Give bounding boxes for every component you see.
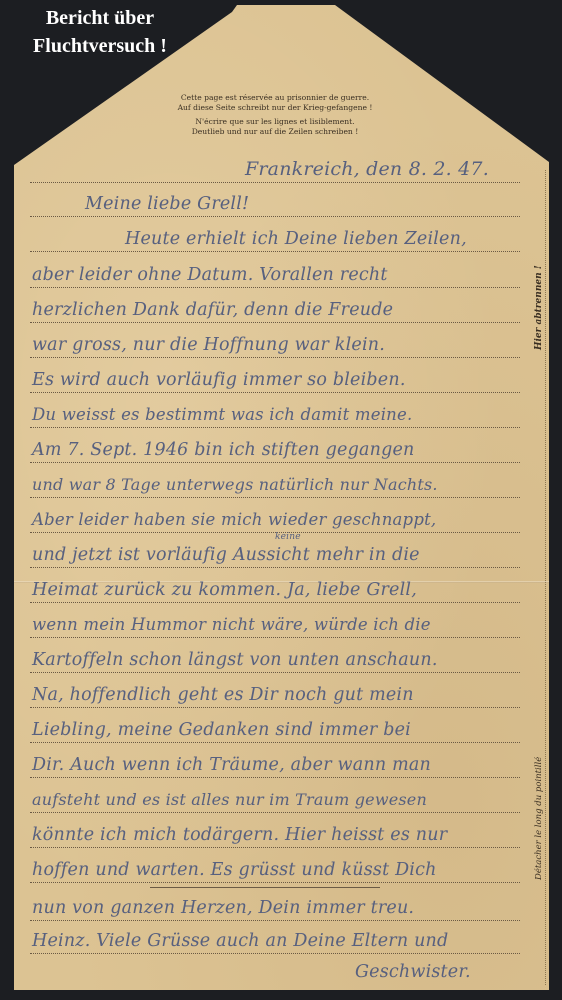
notice-de-2: Deutlieb und nur auf die Zeilen schreibe…: [140, 127, 410, 137]
letter-line: und war 8 Tage unterwegs natürlich nur N…: [32, 475, 438, 494]
ruled-line: [30, 392, 520, 393]
overlay-title: Bericht über Fluchtversuch !: [0, 4, 200, 60]
ruled-line: [30, 637, 520, 638]
ruled-line: [30, 707, 520, 708]
letter-line: Heute erhielt ich Deine lieben Zeilen,: [125, 229, 467, 249]
notice-de-1: Auf diese Seite schreibt nur der Krieg-g…: [140, 103, 410, 113]
insertion-note: keine: [275, 532, 301, 542]
closing-line: Geschwister.: [355, 962, 471, 982]
overlay-title-line1: Bericht über: [0, 4, 200, 32]
letter-line: Na, hoffendlich geht es Dir noch gut mei…: [32, 685, 414, 705]
letter-line: Am 7. Sept. 1946 bin ich stiften gegange…: [32, 440, 415, 460]
letter-line: Aber leider haben sie mich wieder geschn…: [32, 510, 436, 529]
letter-sheet: [0, 0, 562, 1000]
ruled-line: [30, 357, 520, 358]
letter-line: Heimat zurück zu kommen. Ja, liebe Grell…: [32, 580, 417, 600]
perforation-line: [545, 170, 546, 985]
ruled-line: [30, 672, 520, 673]
ruled-line: [30, 847, 520, 848]
letter-line: war gross, nur die Hoffnung war klein.: [32, 335, 385, 355]
letter-line: herzlichen Dank dafür, denn die Freude: [32, 300, 393, 320]
letter-line: Es wird auch vorläufig immer so bleiben.: [32, 370, 406, 390]
letter-line: Du weisst es bestimmt was ich damit mein…: [32, 405, 412, 424]
ruled-line: [30, 462, 520, 463]
ruled-line: [30, 812, 520, 813]
detach-label-lower: Détacher le long du pointillé: [534, 757, 544, 880]
letter-line: Dir. Auch wenn ich Träume, aber wann man: [32, 755, 431, 775]
letter-line: Kartoffeln schon längst von unten anscha…: [32, 650, 438, 670]
letter-line: nun von ganzen Herzen, Dein immer treu.: [32, 898, 414, 918]
notice-fr-1: Cette page est réservée au prisonnier de…: [140, 93, 410, 103]
salutation: Meine liebe Grell!: [85, 194, 249, 214]
detach-label-upper: Hier abtrennen !: [534, 265, 544, 350]
ruled-line: [30, 953, 520, 954]
letter-line: hoffen und warten. Es grüsst und küsst D…: [32, 860, 437, 880]
letter-line: aber leider ohne Datum. Vorallen recht: [32, 265, 388, 285]
letter-line: Liebling, meine Gedanken sind immer bei: [32, 720, 411, 740]
ruled-line: [30, 567, 520, 568]
ruled-line-short: [150, 887, 380, 888]
letter-line: könnte ich mich todärgern. Hier heisst e…: [32, 825, 447, 845]
ruled-line: [30, 216, 520, 217]
ruled-line: [30, 251, 520, 252]
ruled-line: [30, 322, 520, 323]
place-date: Frankreich, den 8. 2. 47.: [245, 158, 489, 180]
letter-line: und jetzt ist vorläufig Aussicht mehr in…: [32, 545, 420, 565]
letter-line: aufsteht und es ist alles nur im Traum g…: [32, 790, 427, 809]
ruled-line: [30, 497, 520, 498]
notice-fr-2: N'écrire que sur les lignes et lisibleme…: [140, 117, 410, 127]
ruled-line: [30, 742, 520, 743]
letter-line: Heinz. Viele Grüsse auch an Deine Eltern…: [32, 931, 448, 951]
overlay-title-line2: Fluchtversuch !: [0, 32, 200, 60]
ruled-line: [30, 920, 520, 921]
ruled-line: [30, 777, 520, 778]
printed-notice: Cette page est réservée au prisonnier de…: [140, 93, 410, 137]
ruled-line: [30, 182, 520, 183]
ruled-line: [30, 882, 520, 883]
ruled-line: [30, 287, 520, 288]
ruled-line: [30, 602, 520, 603]
ruled-line: [30, 427, 520, 428]
letter-line: wenn mein Hummor nicht wäre, würde ich d…: [32, 615, 431, 634]
